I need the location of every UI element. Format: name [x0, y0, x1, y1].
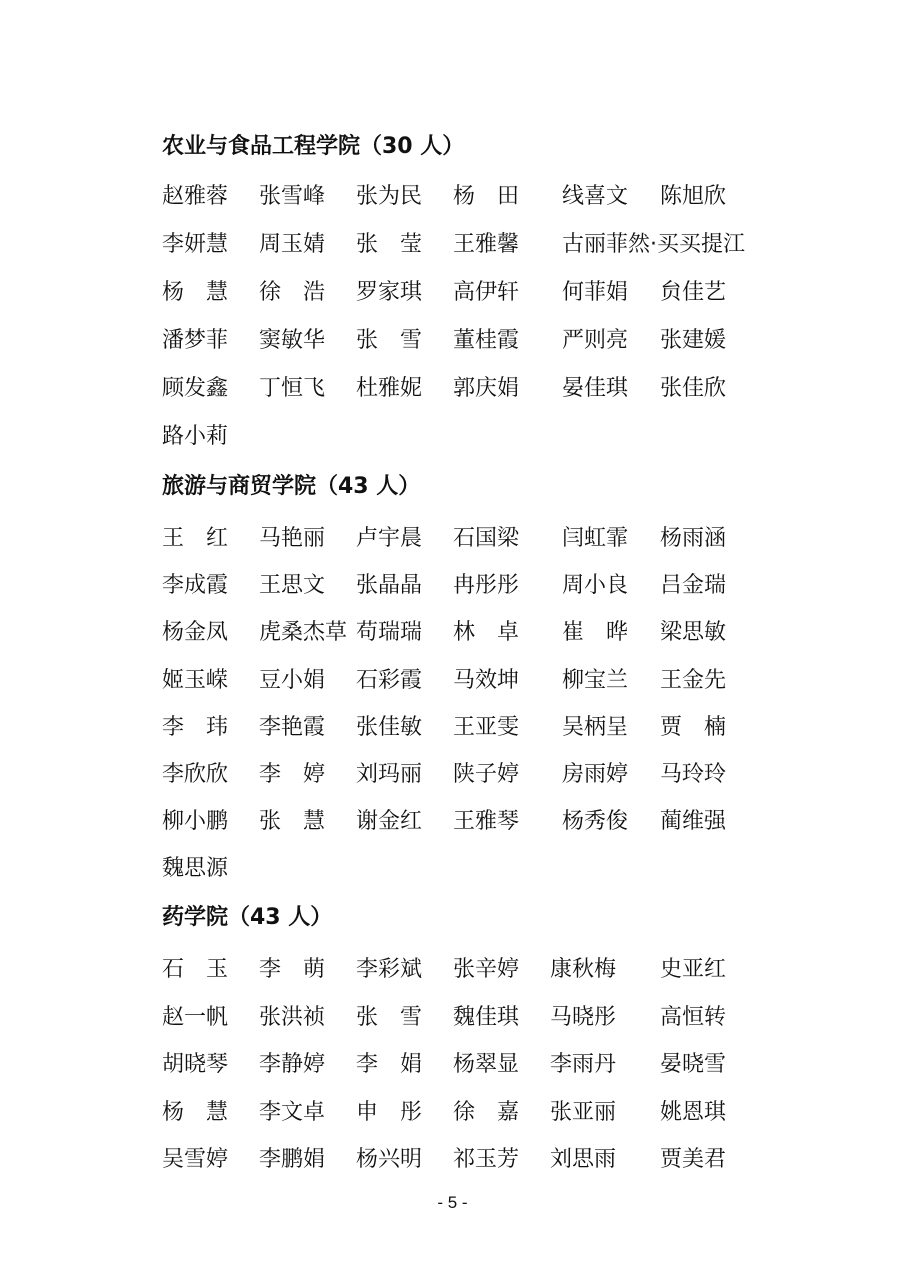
- name-row: 李 玮李艳霞张佳敏王亚雯吴柄呈贾 楠: [162, 713, 822, 743]
- person-name: 豆小娟: [259, 666, 325, 696]
- name-row: 王 红马艳丽卢宇晨石国梁闫虹霏杨雨涵: [162, 524, 822, 554]
- name-row: 路小莉: [162, 422, 822, 452]
- person-name: 张为民: [356, 182, 422, 212]
- person-name: 申 彤: [356, 1098, 422, 1128]
- person-name: 徐 浩: [259, 278, 325, 308]
- person-name: 闫虹霏: [562, 524, 628, 554]
- person-name: 杨雨涵: [660, 524, 726, 554]
- person-name: 窦敏华: [259, 326, 325, 356]
- person-name: 张 雪: [356, 1003, 422, 1033]
- person-name: 杨金凤: [162, 618, 228, 648]
- person-name: 晏晓雪: [660, 1050, 726, 1080]
- person-name: 张晶晶: [356, 571, 422, 601]
- name-row: 杨 慧李文卓申 彤徐 嘉张亚丽姚恩琪: [162, 1098, 822, 1128]
- person-name: 柳宝兰: [562, 666, 628, 696]
- person-name: 姬玉嵘: [162, 666, 228, 696]
- person-name: 张洪祯: [259, 1003, 325, 1033]
- name-row: 杨金凤虎桑杰草苟瑞瑞林 卓崔 晔梁思敏: [162, 618, 822, 648]
- person-name: 姚恩琪: [660, 1098, 726, 1128]
- person-name: 张辛婷: [453, 955, 519, 985]
- person-name: 石国梁: [453, 524, 519, 554]
- person-name: 徐 嘉: [453, 1098, 519, 1128]
- person-name: 杨兴明: [356, 1145, 422, 1175]
- person-name: 王 红: [162, 524, 228, 554]
- person-name: 吕金瑞: [660, 571, 726, 601]
- person-name: 李 婷: [259, 760, 325, 790]
- name-row: 赵一帆张洪祯张 雪魏佳琪马晓彤高恒转: [162, 1003, 822, 1033]
- person-name: 冉彤彤: [453, 571, 519, 601]
- person-name: 张亚丽: [550, 1098, 616, 1128]
- person-name: 周玉婧: [259, 230, 325, 260]
- person-name: 贠佳艺: [660, 278, 726, 308]
- person-name: 严则亮: [562, 326, 628, 356]
- person-name: 蔺维强: [660, 807, 726, 837]
- person-name: 高伊轩: [453, 278, 519, 308]
- person-name: 罗家琪: [356, 278, 422, 308]
- person-name: 陈旭欣: [660, 182, 726, 212]
- person-name: 刘思雨: [550, 1145, 616, 1175]
- person-name: 卢宇晨: [356, 524, 422, 554]
- person-name: 梁思敏: [660, 618, 726, 648]
- person-name: 谢金红: [356, 807, 422, 837]
- name-row: 吴雪婷李鹏娟杨兴明祁玉芳刘思雨贾美君: [162, 1145, 822, 1175]
- person-name: 张 莹: [356, 230, 422, 260]
- person-name: 柳小鹏: [162, 807, 228, 837]
- person-name: 吴雪婷: [162, 1145, 228, 1175]
- person-name: 李文卓: [259, 1098, 325, 1128]
- person-name: 胡晓琴: [162, 1050, 228, 1080]
- person-name: 马玲玲: [660, 760, 726, 790]
- person-name: 马艳丽: [259, 524, 325, 554]
- person-name: 王雅琴: [453, 807, 519, 837]
- person-name: 古丽菲然·买买提江: [562, 230, 745, 260]
- person-name: 王思文: [259, 571, 325, 601]
- person-name: 贾 楠: [660, 713, 726, 743]
- person-name: 李彩斌: [356, 955, 422, 985]
- person-name: 祁玉芳: [453, 1145, 519, 1175]
- person-name: 吴柄呈: [562, 713, 628, 743]
- person-name: 路小莉: [162, 422, 228, 452]
- person-name: 苟瑞瑞: [356, 618, 422, 648]
- person-name: 魏佳琪: [453, 1003, 519, 1033]
- person-name: 张佳欣: [660, 374, 726, 404]
- person-name: 石 玉: [162, 955, 228, 985]
- name-row: 杨 慧徐 浩罗家琪高伊轩何菲娟贠佳艺: [162, 278, 822, 308]
- name-row: 姬玉嵘豆小娟石彩霞马效坤柳宝兰王金先: [162, 666, 822, 696]
- name-row: 柳小鹏张 慧谢金红王雅琴杨秀俊蔺维强: [162, 807, 822, 837]
- name-row: 李成霞王思文张晶晶冉彤彤周小良吕金瑞: [162, 571, 822, 601]
- person-name: 张雪峰: [259, 182, 325, 212]
- person-name: 张 雪: [356, 326, 422, 356]
- person-name: 李雨丹: [550, 1050, 616, 1080]
- person-name: 赵一帆: [162, 1003, 228, 1033]
- person-name: 崔 晔: [562, 618, 628, 648]
- person-name: 张 慧: [259, 807, 325, 837]
- person-name: 康秋梅: [550, 955, 616, 985]
- person-name: 赵雅蓉: [162, 182, 228, 212]
- person-name: 史亚红: [660, 955, 726, 985]
- person-name: 杨 慧: [162, 1098, 228, 1128]
- person-name: 杨秀俊: [562, 807, 628, 837]
- person-name: 李成霞: [162, 571, 228, 601]
- person-name: 马晓彤: [550, 1003, 616, 1033]
- person-name: 李欣欣: [162, 760, 228, 790]
- person-name: 顾发鑫: [162, 374, 228, 404]
- name-row: 李欣欣李 婷刘玛丽陕子婷房雨婷马玲玲: [162, 760, 822, 790]
- person-name: 张建媛: [660, 326, 726, 356]
- person-name: 李静婷: [259, 1050, 325, 1080]
- person-name: 潘梦菲: [162, 326, 228, 356]
- name-row: 胡晓琴李静婷李 娟杨翠显李雨丹晏晓雪: [162, 1050, 822, 1080]
- person-name: 线喜文: [562, 182, 628, 212]
- name-row: 赵雅蓉张雪峰张为民杨 田线喜文陈旭欣: [162, 182, 822, 212]
- person-name: 杜雅妮: [356, 374, 422, 404]
- person-name: 张佳敏: [356, 713, 422, 743]
- person-name: 杨翠显: [453, 1050, 519, 1080]
- person-name: 董桂霞: [453, 326, 519, 356]
- document-page: 农业与食品工程学院（30 人）赵雅蓉张雪峰张为民杨 田线喜文陈旭欣李妍慧周玉婧张…: [0, 0, 905, 1280]
- section-heading: 农业与食品工程学院（30 人）: [162, 132, 464, 162]
- person-name: 石彩霞: [356, 666, 422, 696]
- section-heading: 药学院（43 人）: [162, 903, 332, 933]
- person-name: 李 娟: [356, 1050, 422, 1080]
- page-number: - 5 -: [0, 1193, 905, 1213]
- person-name: 杨 慧: [162, 278, 228, 308]
- name-row: 潘梦菲窦敏华张 雪董桂霞严则亮张建媛: [162, 326, 822, 356]
- person-name: 何菲娟: [562, 278, 628, 308]
- person-name: 李鹏娟: [259, 1145, 325, 1175]
- person-name: 李妍慧: [162, 230, 228, 260]
- person-name: 杨 田: [453, 182, 519, 212]
- person-name: 郭庆娟: [453, 374, 519, 404]
- person-name: 陕子婷: [453, 760, 519, 790]
- person-name: 林 卓: [453, 618, 519, 648]
- person-name: 晏佳琪: [562, 374, 628, 404]
- person-name: 魏思源: [162, 854, 228, 884]
- person-name: 高恒转: [660, 1003, 726, 1033]
- name-row: 李妍慧周玉婧张 莹王雅馨古丽菲然·买买提江: [162, 230, 822, 260]
- person-name: 马效坤: [453, 666, 519, 696]
- person-name: 虎桑杰草: [259, 618, 347, 648]
- person-name: 房雨婷: [562, 760, 628, 790]
- person-name: 李 玮: [162, 713, 228, 743]
- person-name: 王亚雯: [453, 713, 519, 743]
- person-name: 丁恒飞: [259, 374, 325, 404]
- person-name: 李 萌: [259, 955, 325, 985]
- person-name: 王金先: [660, 666, 726, 696]
- name-row: 魏思源: [162, 854, 822, 884]
- name-row: 石 玉李 萌李彩斌张辛婷康秋梅史亚红: [162, 955, 822, 985]
- person-name: 王雅馨: [453, 230, 519, 260]
- section-heading: 旅游与商贸学院（43 人）: [162, 472, 420, 502]
- person-name: 周小良: [562, 571, 628, 601]
- person-name: 李艳霞: [259, 713, 325, 743]
- name-row: 顾发鑫丁恒飞杜雅妮郭庆娟晏佳琪张佳欣: [162, 374, 822, 404]
- person-name: 刘玛丽: [356, 760, 422, 790]
- person-name: 贾美君: [660, 1145, 726, 1175]
